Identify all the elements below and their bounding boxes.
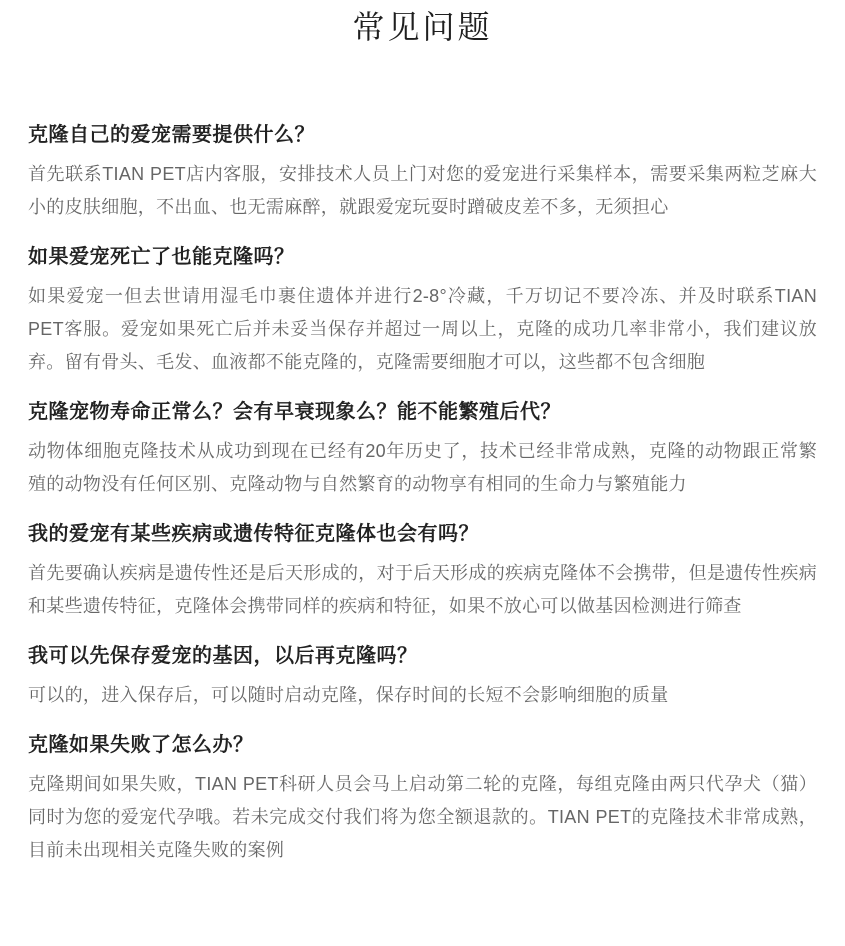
faq-answer: 可以的，进入保存后，可以随时启动克隆，保存时间的长短不会影响细胞的质量	[28, 679, 817, 712]
faq-question: 如果爱宠死亡了也能克隆吗？	[28, 244, 817, 270]
faq-answer: 首先联系TIAN PET店内客服，安排技术人员上门对您的爱宠进行采集样本，需要采…	[28, 158, 817, 224]
faq-question: 克隆如果失败了怎么办？	[28, 732, 817, 758]
faq-answer: 如果爱宠一但去世请用湿毛巾裹住遗体并进行2-8°冷藏，千万切记不要冷冻、并及时联…	[28, 280, 817, 379]
faq-item: 克隆宠物寿命正常么？会有早衰现象么？能不能繁殖后代？ 动物体细胞克隆技术从成功到…	[28, 399, 817, 501]
faq-list: 克隆自己的爱宠需要提供什么？ 首先联系TIAN PET店内客服，安排技术人员上门…	[28, 122, 817, 867]
page-title: 常见问题	[28, 6, 817, 48]
faq-item: 克隆如果失败了怎么办？ 克隆期间如果失败，TIAN PET科研人员会马上启动第二…	[28, 732, 817, 867]
faq-answer: 克隆期间如果失败，TIAN PET科研人员会马上启动第二轮的克隆，每组克隆由两只…	[28, 768, 817, 867]
faq-item: 我可以先保存爱宠的基因，以后再克隆吗？ 可以的，进入保存后，可以随时启动克隆，保…	[28, 643, 817, 712]
faq-question: 我可以先保存爱宠的基因，以后再克隆吗？	[28, 643, 817, 669]
faq-page: 常见问题 克隆自己的爱宠需要提供什么？ 首先联系TIAN PET店内客服，安排技…	[0, 6, 845, 867]
faq-question: 克隆宠物寿命正常么？会有早衰现象么？能不能繁殖后代？	[28, 399, 817, 425]
faq-item: 我的爱宠有某些疾病或遗传特征克隆体也会有吗？ 首先要确认疾病是遗传性还是后天形成…	[28, 521, 817, 623]
faq-answer: 首先要确认疾病是遗传性还是后天形成的，对于后天形成的疾病克隆体不会携带，但是遗传…	[28, 557, 817, 623]
faq-question: 我的爱宠有某些疾病或遗传特征克隆体也会有吗？	[28, 521, 817, 547]
faq-item: 克隆自己的爱宠需要提供什么？ 首先联系TIAN PET店内客服，安排技术人员上门…	[28, 122, 817, 224]
faq-question: 克隆自己的爱宠需要提供什么？	[28, 122, 817, 148]
faq-item: 如果爱宠死亡了也能克隆吗？ 如果爱宠一但去世请用湿毛巾裹住遗体并进行2-8°冷藏…	[28, 244, 817, 379]
faq-answer: 动物体细胞克隆技术从成功到现在已经有20年历史了，技术已经非常成熟，克隆的动物跟…	[28, 435, 817, 501]
